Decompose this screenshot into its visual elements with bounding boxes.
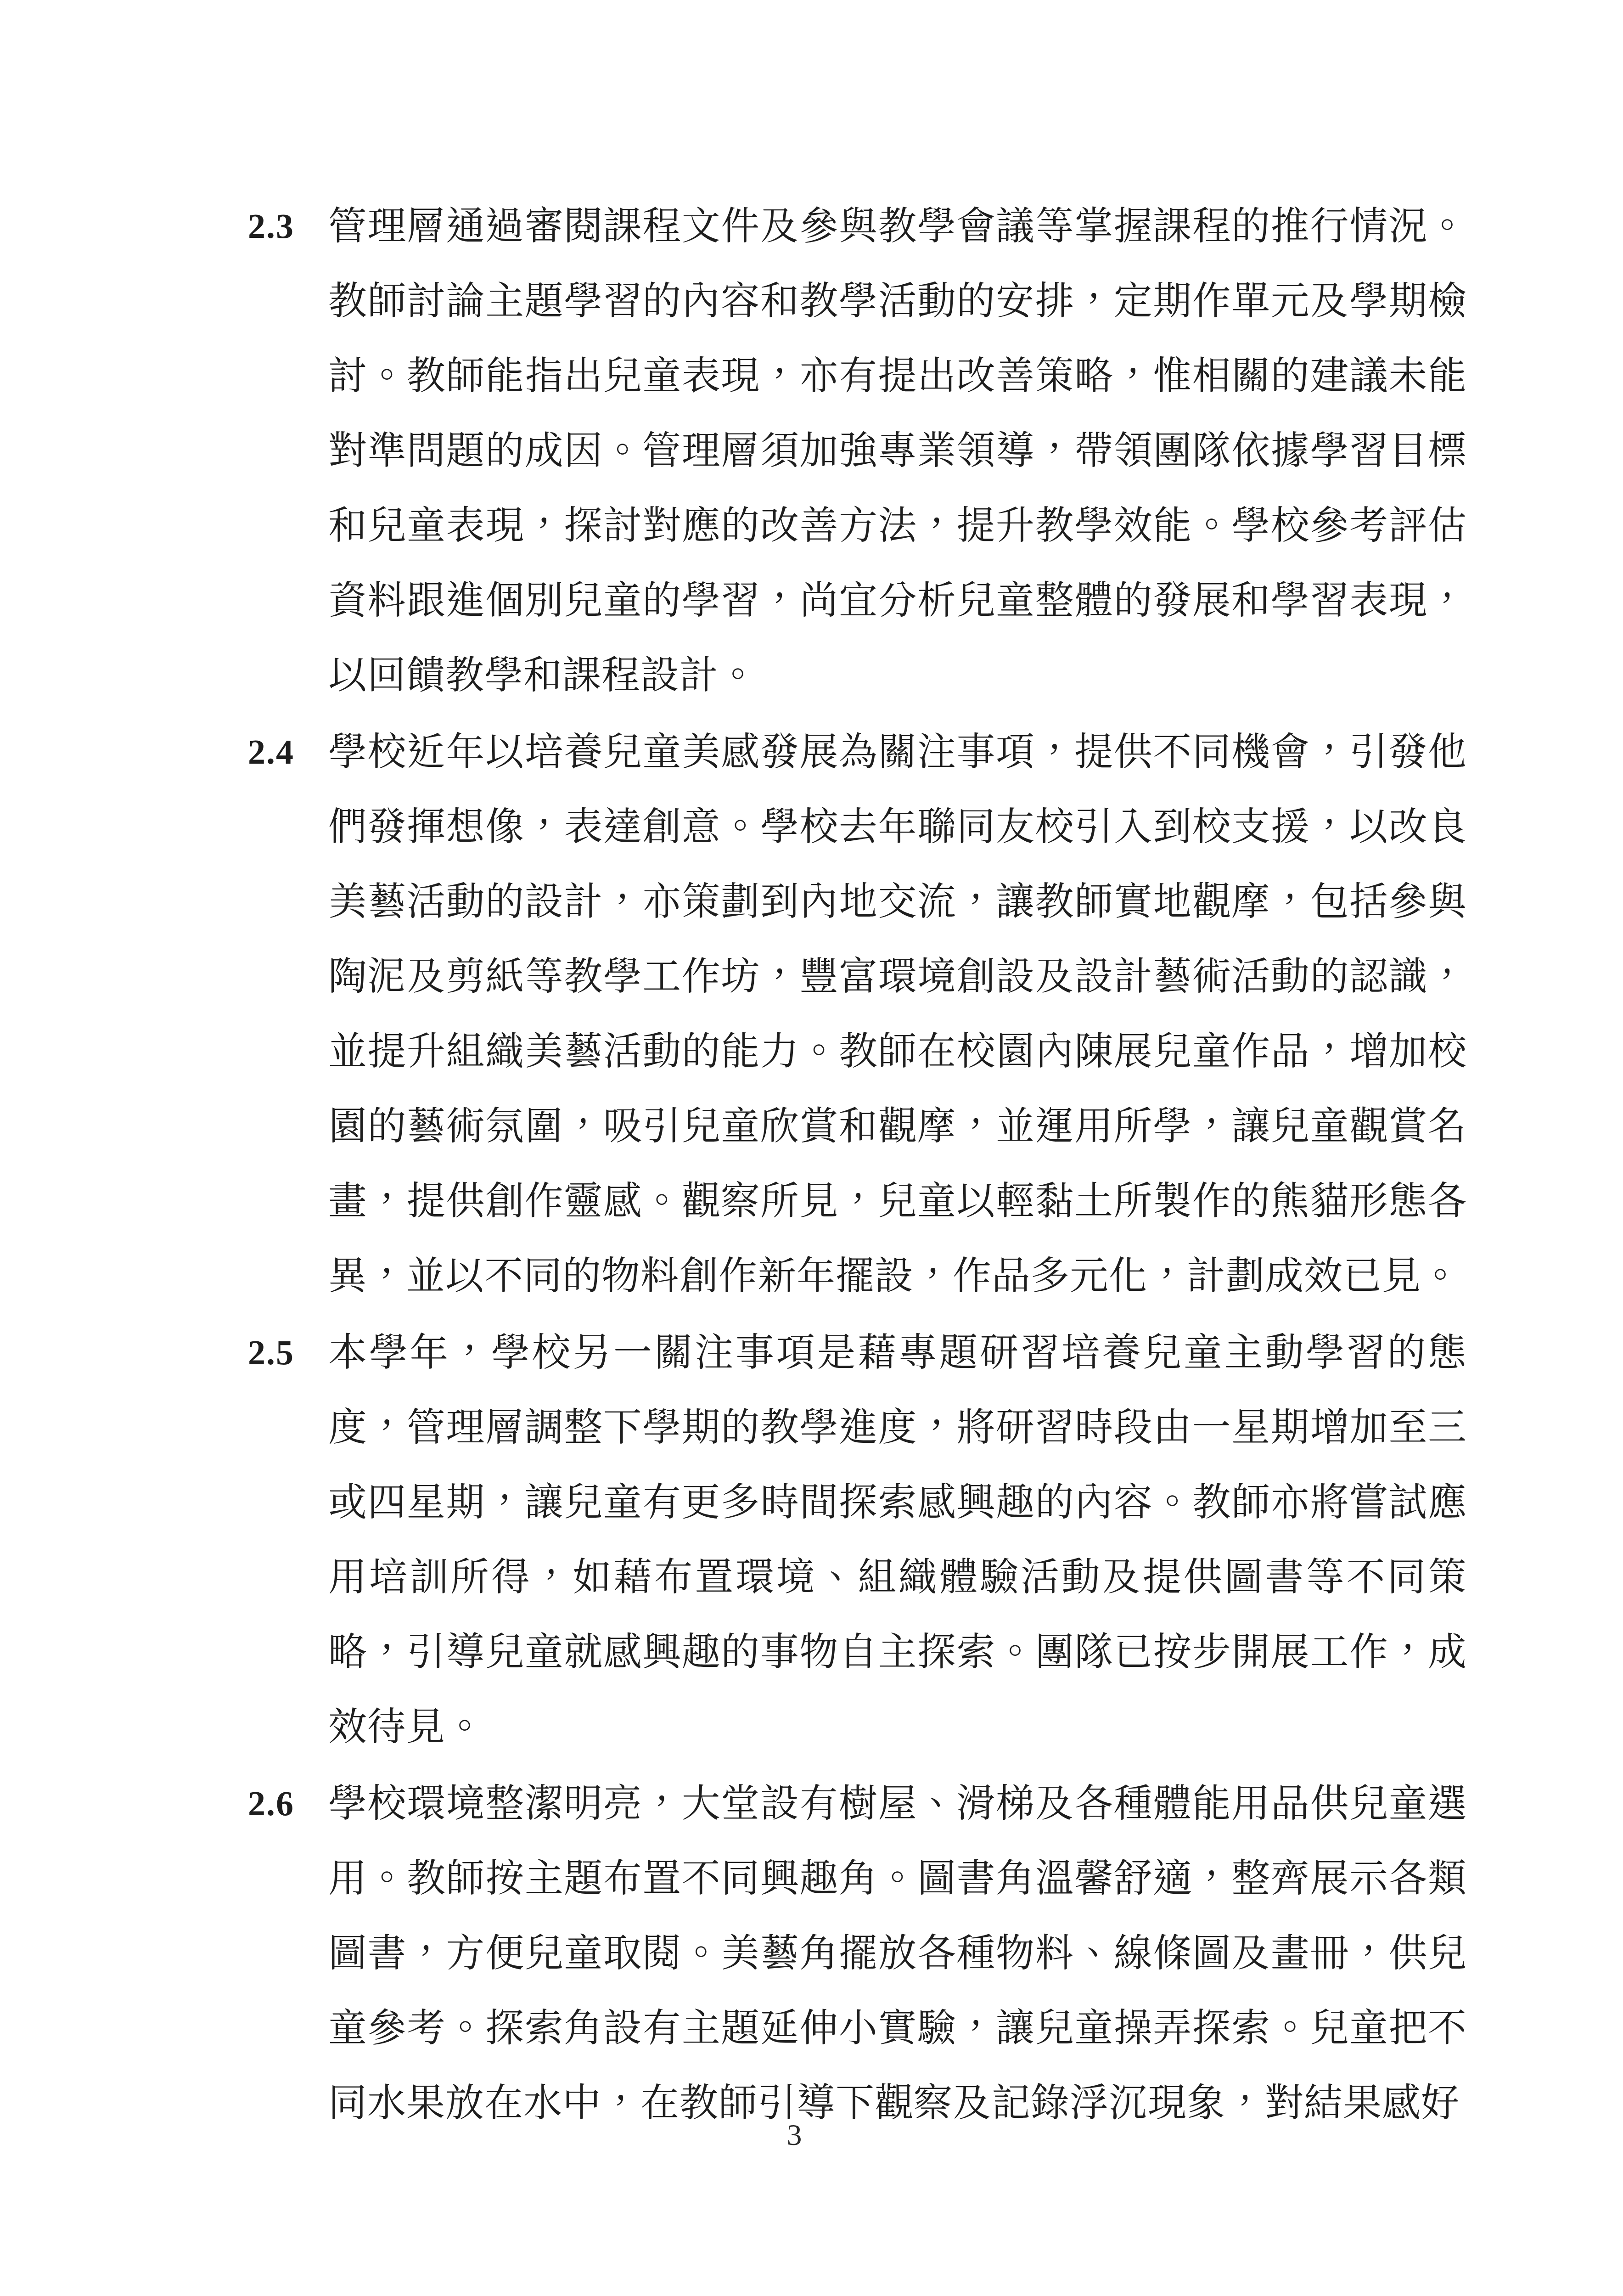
paragraph-2-5: 2.5 本學年，學校另一關注事項是藉專題研習培養兒童主動學習的態度，管理層調整下… [248, 1316, 1467, 1765]
paragraph-text: 學校環境整潔明亮，大堂設有樹屋、滑梯及各種體能用品供兒童選用。教師按主題布置不同… [328, 1767, 1467, 2141]
paragraph-text: 學校近年以培養兒童美感發展為關注事項，提供不同機會，引發他們發揮想像，表達創意。… [328, 715, 1467, 1314]
paragraph-text: 管理層通過審閱課程文件及參與教學會議等掌握課程的推行情況。教師討論主題學習的內容… [328, 189, 1467, 713]
paragraph-2-4: 2.4 學校近年以培養兒童美感發展為關注事項，提供不同機會，引發他們發揮想像，表… [248, 715, 1467, 1314]
paragraph-2-3: 2.3 管理層通過審閱課程文件及參與教學會議等掌握課程的推行情況。教師討論主題學… [248, 189, 1467, 713]
paragraph-text: 本學年，學校另一關注事項是藉專題研習培養兒童主動學習的態度，管理層調整下學期的教… [328, 1316, 1467, 1765]
page-footer: 3 [0, 2117, 1589, 2154]
paragraph-number: 2.4 [248, 715, 328, 790]
paragraph-number: 2.3 [248, 189, 328, 264]
page-number: 3 [787, 2118, 802, 2152]
report-page: 2.3 管理層通過審閱課程文件及參與教學會議等掌握課程的推行情況。教師討論主題學… [0, 0, 1623, 2296]
report-body: 2.3 管理層通過審閱課程文件及參與教學會議等掌握課程的推行情況。教師討論主題學… [248, 189, 1467, 2143]
paragraph-number: 2.5 [248, 1316, 328, 1390]
paragraph-number: 2.6 [248, 1767, 328, 1841]
paragraph-2-6: 2.6 學校環境整潔明亮，大堂設有樹屋、滑梯及各種體能用品供兒童選用。教師按主題… [248, 1767, 1467, 2141]
